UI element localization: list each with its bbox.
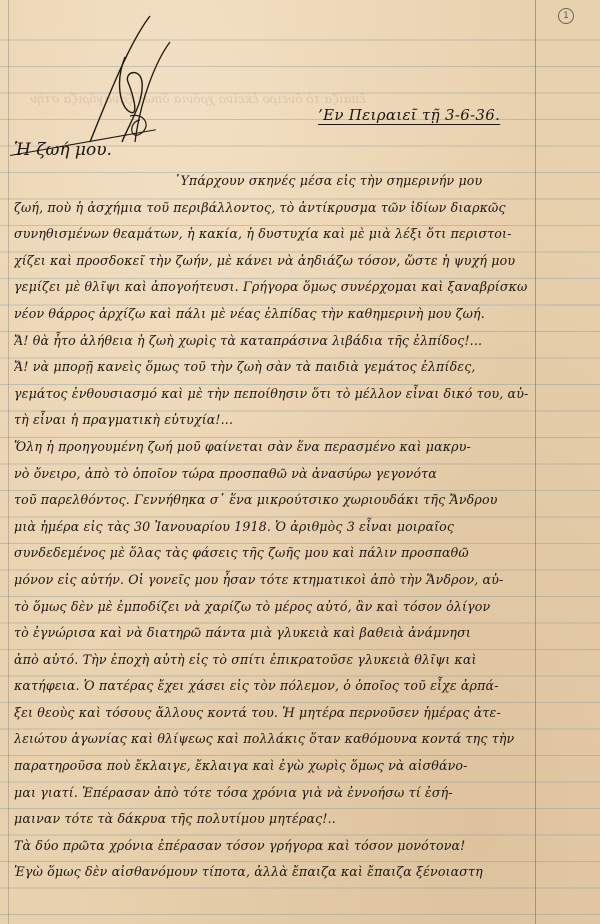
text-line: Ἐγὼ ὅμως δὲν αἰσθανόμουν τίποτα, ἀλλὰ ἔπ…: [14, 859, 534, 886]
manuscript-body: ῾Υπάρχουν σκηνές μέσα εἰς τὴν σημερινήν …: [14, 168, 534, 886]
salutation-heading: Ἡ ζωή μου.: [14, 140, 112, 160]
text-line: μόνον εἰς αὐτήν. Οἱ γονεῖς μου ἦσαν τότε…: [14, 567, 534, 594]
text-line: κατήφεια. Ὁ πατέρας ἔχει χάσει εἰς τὸν π…: [14, 673, 534, 700]
page-number: 1: [558, 8, 574, 24]
text-line: ζωή, ποὺ ἡ ἀσχήμια τοῦ περιβάλλοντος, τὸ…: [14, 195, 534, 222]
place-date: ’Εν Πειραιεῖ τῇ 3-6-36.: [318, 106, 500, 124]
text-line: συνδεδεμένος μὲ ὅλας τὰς φάσεις τῆς ζωῆς…: [14, 540, 534, 567]
text-line: μαι γιατί. Ἐπέρασαν ἀπὸ τότε τόσα χρόνια…: [14, 780, 534, 807]
text-line: λειώτου ἀγωνίας καὶ θλίψεως καὶ πολλάκις…: [14, 726, 534, 753]
text-line: Ὅλη ἡ προηγουμένη ζωή μοῦ φαίνεται σὰν ἕ…: [14, 434, 534, 461]
right-margin-line: [535, 0, 536, 924]
text-line: συνηθισμένων θεαμάτων, ἡ κακία, ἡ δυστυχ…: [14, 221, 534, 248]
text-line: τὸ ἐγνώρισα καὶ νὰ διατηρῶ πάντα μιὰ γλυ…: [14, 620, 534, 647]
text-line: μιὰ ἡμέρα εἰς τὰς 30 Ἰανουαρίου 1918. Ὁ …: [14, 514, 534, 541]
text-line: Τὰ δύο πρῶτα χρόνια ἐπέρασαν τόσον γρήγο…: [14, 833, 534, 860]
text-line: νέον θάρρος ἀρχίζω καὶ πάλι μὲ νέας ἐλπί…: [14, 301, 534, 328]
left-margin-line: [8, 0, 9, 924]
text-line: παρατηροῦσα ποὺ ἔκλαιγε, ἔκλαιγα καὶ ἐγὼ…: [14, 753, 534, 780]
text-line: γεμάτος ἐνθουσιασμό καὶ μὲ τὴν πεποίθησι…: [14, 381, 534, 408]
text-line: Ἄ! θὰ ἦτο ἀλήθεια ἡ ζωὴ χωρὶς τὰ καταπρά…: [14, 328, 534, 355]
text-line: ἀπὸ αὐτό. Τὴν ἐποχὴ αὐτὴ εἰς τὸ σπίτι ἐπ…: [14, 647, 534, 674]
text-line: μαιναν τότε τὰ δάκρυα τῆς πολυτίμου μητέ…: [14, 806, 534, 833]
text-line: χίζει καὶ προσδοκεῖ τὴν ζωήν, μὲ κάνει ν…: [14, 248, 534, 275]
text-line: γεμίζει μὲ θλῖψι καὶ ἀπογοήτευσι. Γρήγορ…: [14, 274, 534, 301]
text-line: τὸ ὅμως δὲν μὲ ἐμποδίζει νὰ χαρίζω τὸ μέ…: [14, 594, 534, 621]
text-line: τὴ εἶναι ἡ πραγματικὴ εὐτυχία!...: [14, 407, 534, 434]
signature-flourish-icon: [70, 12, 180, 152]
text-line: Ἄ! νὰ μπορῇ κανεὶς ὅμως τοῦ τὴν ζωὴ σὰν …: [14, 354, 534, 381]
text-line: νὸ ὄνειρο, ἀπὸ τὸ ὁποῖον τώρα προσπαθῶ ν…: [14, 461, 534, 488]
text-line: ῾Υπάρχουν σκηνές μέσα εἰς τὴν σημερινήν …: [14, 168, 534, 195]
manuscript-page: ἔπαιζα τὸ ὄνειρο ἐκεῖνο χρόνια ὅπως ξανα…: [0, 0, 600, 924]
text-line: τοῦ παρελθόντος. Γεννήθηκα σ᾽ ἕνα μικρού…: [14, 487, 534, 514]
text-line: ξει θεοὺς καὶ τόσους ἄλλους κοντά του. Ἡ…: [14, 700, 534, 727]
